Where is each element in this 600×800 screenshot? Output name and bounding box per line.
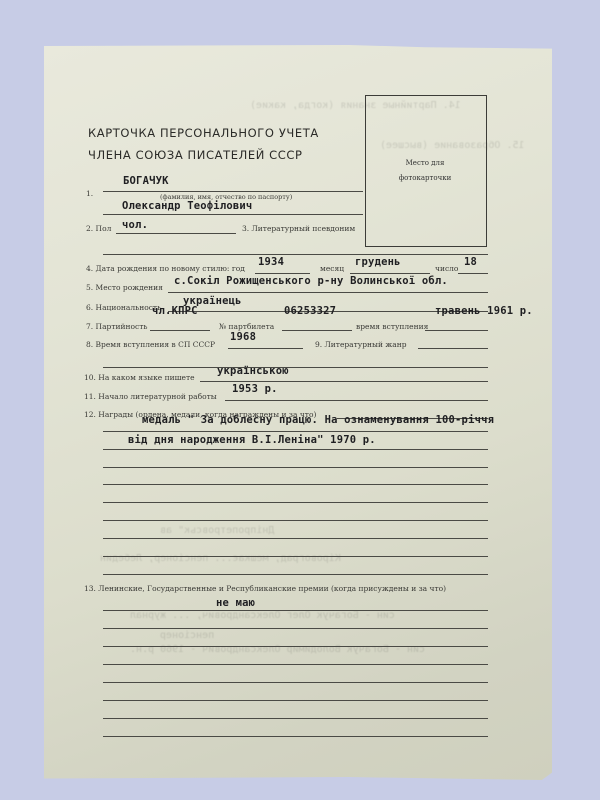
field-12-value-line1: медаль " За доблесну працю. На ознаменув… — [142, 414, 494, 426]
photo-placeholder-label-2: фотокарточки — [365, 174, 485, 182]
field-3-label: 3. Литературный псевдоним — [242, 224, 355, 233]
field-1-surname-value: БОГАЧУК — [123, 175, 169, 187]
field-4-day-line — [458, 273, 488, 274]
field-5-line — [168, 292, 488, 293]
field-10-value: українською — [217, 365, 289, 377]
field-12-line-4 — [103, 467, 488, 468]
field-13-line-1 — [103, 610, 488, 611]
field-12-line-3 — [103, 449, 488, 450]
field-13-line-3 — [103, 646, 488, 647]
field-2-gender-value: чол. — [122, 219, 148, 231]
field-12-value-line2: від дня народження В.І.Леніна" 1970 р. — [128, 434, 376, 446]
card-title-line2: ЧЛЕНА СОЮЗА ПИСАТЕЛЕЙ СССР — [88, 148, 303, 162]
field-10-line — [200, 381, 488, 382]
field-8-line — [228, 348, 303, 349]
field-13-line-2 — [103, 628, 488, 629]
field-7-value: чл.КПРС — [152, 305, 198, 317]
field-6-label: 6. Национальность — [86, 303, 161, 312]
field-7-joined-label: время вступления — [356, 322, 428, 331]
field-12-line-10 — [103, 574, 488, 575]
field-12-line-8 — [103, 538, 488, 539]
field-4-month-line — [350, 273, 430, 274]
field-7-card-line — [282, 330, 352, 331]
field-12-line-9 — [103, 556, 488, 557]
field-13-line-8 — [103, 736, 488, 737]
field-2-line — [116, 233, 236, 234]
field-11-value: 1953 р. — [232, 383, 278, 395]
photo-placeholder-box — [365, 95, 487, 247]
field-7-joined-line — [425, 330, 488, 331]
photo-placeholder-label-1: Место для — [365, 159, 485, 167]
field-13-label: 13. Ленинские, Государственные и Республ… — [84, 584, 446, 593]
field-10-label: 10. На каком языке пишете — [84, 373, 195, 382]
field-9-line-2 — [103, 367, 488, 368]
field-1-name-value: Олександр Теофілович — [122, 200, 252, 212]
field-3-line — [103, 254, 488, 255]
field-7-label: 7. Партийность — [86, 322, 147, 331]
field-5-value: с.Сокіл Рожищенського р-ну Волинської об… — [174, 275, 448, 287]
field-13-line-4 — [103, 664, 488, 665]
field-7-joined-value: травень 1961 р. — [435, 305, 533, 317]
field-4-label: 4. Дата рождения по новому стилю: год — [86, 264, 245, 273]
field-13-line-7 — [103, 718, 488, 719]
field-9-label: 9. Литературный жанр — [315, 340, 407, 349]
field-4-year-value: 1934 — [258, 256, 284, 268]
field-13-line-5 — [103, 682, 488, 683]
bleed-through-text: Дніпропетровськ" ав — [160, 525, 274, 536]
field-12-line-6 — [103, 502, 488, 503]
field-1-line-2 — [103, 214, 363, 215]
field-5-label: 5. Место рождения — [86, 283, 163, 292]
field-1-line — [103, 191, 363, 192]
field-4-month-value: грудень — [355, 256, 401, 268]
field-11-line — [225, 400, 488, 401]
field-12-line-5 — [103, 484, 488, 485]
field-1-number: 1. — [86, 189, 93, 198]
field-8-label: 8. Время вступления в СП СССР — [86, 340, 215, 349]
field-4-day-value: 18 — [464, 256, 477, 268]
field-7-card-value: 06253327 — [284, 305, 336, 317]
field-13-line-6 — [103, 700, 488, 701]
field-9-line — [418, 348, 488, 349]
field-12-line-7 — [103, 520, 488, 521]
field-12-line-2 — [103, 431, 488, 432]
card-title-line1: КАРТОЧКА ПЕРСОНАЛЬНОГО УЧЕТА — [88, 126, 319, 140]
field-4-year-line — [255, 273, 310, 274]
bleed-through-text: син - Богачук Олег Олександрович, ... жу… — [130, 610, 395, 621]
field-4-month-label: месяц — [320, 264, 344, 273]
field-11-label: 11. Начало литературной работы — [84, 392, 217, 401]
bleed-through-text: Кіровоград, мешкає... пенсіонер, Лебедин — [100, 553, 341, 564]
field-4-day-label: число — [435, 264, 458, 273]
field-7-card-label: № партбилета — [219, 322, 274, 331]
field-13-value: не маю — [216, 597, 255, 609]
field-2-label: 2. Пол — [86, 224, 111, 233]
field-8-value: 1968 — [230, 331, 256, 343]
field-7-line — [150, 330, 210, 331]
bleed-through-text: пенсіонер — [160, 630, 214, 641]
